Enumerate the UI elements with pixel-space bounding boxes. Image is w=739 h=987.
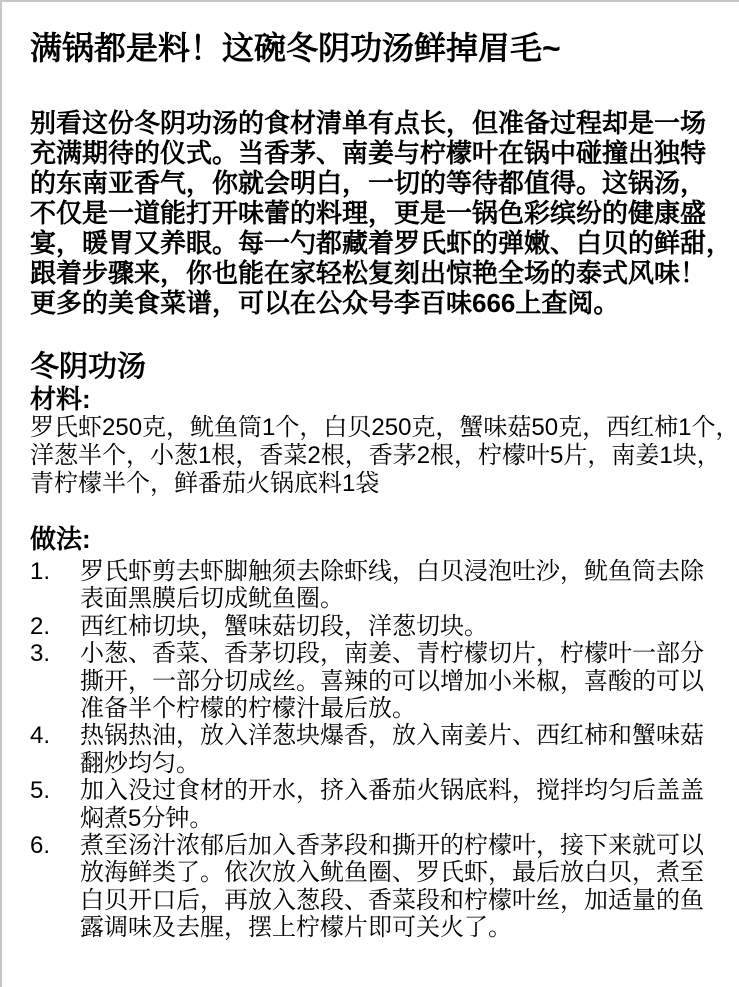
step-text: 小葱、香菜、香茅切段，南姜、青柠檬切片，柠檬叶一部分 撕开，一部分切成丝。喜辣的… bbox=[80, 640, 735, 722]
step-number: 4. bbox=[30, 722, 80, 749]
step-line: 准备半个柠檬的柠檬汁最后放。 bbox=[80, 695, 735, 722]
step-item: 1. 罗氏虾剪去虾脚触须去除虾线，白贝浸泡吐沙，鱿鱼筒去除 表面黑膜后切成鱿鱼圈… bbox=[30, 558, 735, 613]
step-item: 6. 煮至汤汁浓郁后加入香茅段和撕开的柠檬叶，接下来就可以 放海鲜类了。依次放入… bbox=[30, 832, 735, 942]
intro-line: 跟着步骤来，你也能在家轻松复刻出惊艳全场的泰式风味！ bbox=[30, 258, 735, 288]
step-line: 放海鲜类了。依次放入鱿鱼圈、罗氏虾，最后放白贝，煮至 bbox=[80, 859, 735, 886]
step-line: 翻炒均匀。 bbox=[80, 750, 735, 777]
intro-line: 别看这份冬阴功汤的食材清单有点长，但准备过程却是一场 bbox=[30, 108, 735, 138]
step-line: 热锅热油，放入洋葱块爆香，放入南姜片、西红柿和蟹味菇 bbox=[80, 722, 735, 749]
step-text: 加入没过食材的开水，挤入番茄火锅底料，搅拌均匀后盖盖 焖煮5分钟。 bbox=[80, 777, 735, 832]
steps-list: 1. 罗氏虾剪去虾脚触须去除虾线，白贝浸泡吐沙，鱿鱼筒去除 表面黑膜后切成鱿鱼圈… bbox=[30, 558, 735, 942]
step-line: 焖煮5分钟。 bbox=[80, 805, 735, 832]
ingredients-list: 罗氏虾250克，鱿鱼筒1个，白贝250克，蟹味菇50克，西红柿1个， 洋葱半个，… bbox=[30, 414, 735, 498]
step-line: 撕开，一部分切成丝。喜辣的可以增加小米椒，喜酸的可以 bbox=[80, 668, 735, 695]
step-line: 西红柿切块，蟹味菇切段，洋葱切块。 bbox=[80, 613, 735, 640]
intro-line: 宴，暖胃又养眼。每一勺都藏着罗氏虾的弹嫩、白贝的鲜甜， bbox=[30, 228, 735, 258]
step-line: 表面黑膜后切成鱿鱼圈。 bbox=[80, 585, 735, 612]
intro-line: 不仅是一道能打开味蕾的料理，更是一锅色彩缤纷的健康盛 bbox=[30, 198, 735, 228]
intro-line: 充满期待的仪式。当香茅、南姜与柠檬叶在锅中碰撞出独特 bbox=[30, 138, 735, 168]
step-number: 5. bbox=[30, 777, 80, 804]
step-item: 2. 西红柿切块，蟹味菇切段，洋葱切块。 bbox=[30, 613, 735, 640]
ingredient-line: 罗氏虾250克，鱿鱼筒1个，白贝250克，蟹味菇50克，西红柿1个， bbox=[30, 414, 735, 442]
step-number: 3. bbox=[30, 640, 80, 667]
step-item: 3. 小葱、香菜、香茅切段，南姜、青柠檬切片，柠檬叶一部分 撕开，一部分切成丝。… bbox=[30, 640, 735, 722]
intro-line: 的东南亚香气，你就会明白，一切的等待都值得。这锅汤， bbox=[30, 168, 735, 198]
intro-paragraph: 别看这份冬阴功汤的食材清单有点长，但准备过程却是一场 充满期待的仪式。当香茅、南… bbox=[30, 108, 735, 318]
step-line: 白贝开口后，再放入葱段、香菜段和柠檬叶丝，加适量的鱼 bbox=[80, 887, 735, 914]
step-text: 热锅热油，放入洋葱块爆香，放入南姜片、西红柿和蟹味菇 翻炒均匀。 bbox=[80, 722, 735, 777]
step-line: 小葱、香菜、香茅切段，南姜、青柠檬切片，柠檬叶一部分 bbox=[80, 640, 735, 667]
ingredient-line: 洋葱半个，小葱1根，香菜2根，香茅2根，柠檬叶5片，南姜1块， bbox=[30, 442, 735, 470]
intro-line: 更多的美食菜谱，可以在公众号李百味666上查阅。 bbox=[30, 288, 735, 318]
step-line: 罗氏虾剪去虾脚触须去除虾线，白贝浸泡吐沙，鱿鱼筒去除 bbox=[80, 558, 735, 585]
recipe-name: 冬阴功汤 bbox=[30, 350, 735, 384]
page-title: 满锅都是料！这碗冬阴功汤鲜掉眉毛~ bbox=[30, 28, 735, 68]
document-page: 满锅都是料！这碗冬阴功汤鲜掉眉毛~ 别看这份冬阴功汤的食材清单有点长，但准备过程… bbox=[0, 0, 739, 987]
ingredient-line: 青柠檬半个，鲜番茄火锅底料1袋 bbox=[30, 470, 735, 498]
step-text: 罗氏虾剪去虾脚触须去除虾线，白贝浸泡吐沙，鱿鱼筒去除 表面黑膜后切成鱿鱼圈。 bbox=[80, 558, 735, 613]
steps-heading: 做法: bbox=[30, 524, 735, 554]
step-text: 煮至汤汁浓郁后加入香茅段和撕开的柠檬叶，接下来就可以 放海鲜类了。依次放入鱿鱼圈… bbox=[80, 832, 735, 942]
step-item: 4. 热锅热油，放入洋葱块爆香，放入南姜片、西红柿和蟹味菇 翻炒均匀。 bbox=[30, 722, 735, 777]
step-number: 6. bbox=[30, 832, 80, 859]
step-number: 1. bbox=[30, 558, 80, 585]
step-line: 露调味及去腥，摆上柠檬片即可关火了。 bbox=[80, 914, 735, 941]
step-number: 2. bbox=[30, 613, 80, 640]
ingredients-heading: 材料: bbox=[30, 384, 735, 414]
step-text: 西红柿切块，蟹味菇切段，洋葱切块。 bbox=[80, 613, 735, 640]
step-line: 煮至汤汁浓郁后加入香茅段和撕开的柠檬叶，接下来就可以 bbox=[80, 832, 735, 859]
step-line: 加入没过食材的开水，挤入番茄火锅底料，搅拌均匀后盖盖 bbox=[80, 777, 735, 804]
step-item: 5. 加入没过食材的开水，挤入番茄火锅底料，搅拌均匀后盖盖 焖煮5分钟。 bbox=[30, 777, 735, 832]
